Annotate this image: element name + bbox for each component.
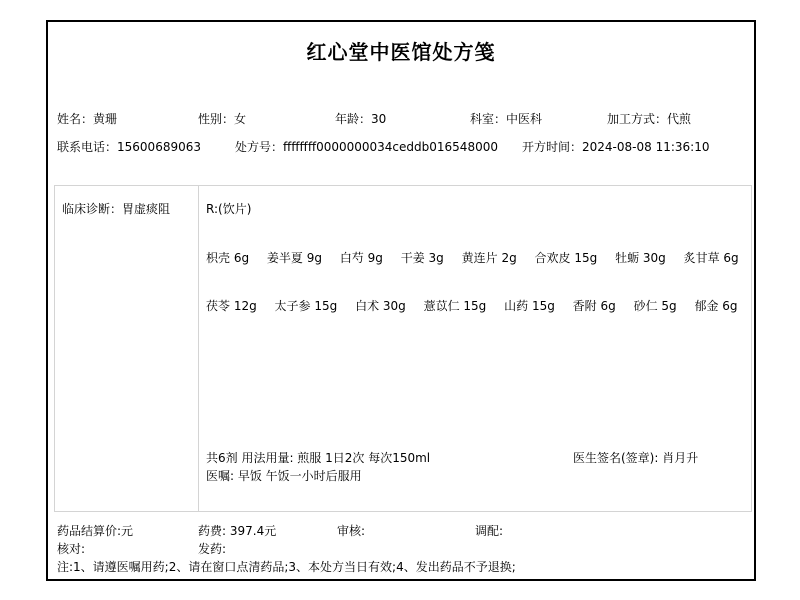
herb-item: 黄连片 2g — [462, 249, 517, 266]
patient-age-field: 年龄：30 — [335, 110, 386, 127]
issue-field: 发药: — [198, 540, 226, 557]
department-label: 科室： — [470, 112, 506, 126]
patient-gender-value: 女 — [234, 112, 246, 126]
dispense-field: 调配: — [475, 522, 503, 539]
herb-item: 牡蛎 30g — [615, 249, 666, 266]
prescription-sheet: 红心堂中医馆处方笺 姓名：黄珊 性别：女 年龄：30 科室：中医科 加工方式：代… — [46, 20, 756, 581]
herb-item: 白芍 9g — [340, 249, 383, 266]
footer-note: 注:1、请遵医嘱用药;2、请在窗口点清药品;3、本处方当日有效;4、发出药品不予… — [57, 558, 516, 575]
patient-name-label: 姓名： — [57, 112, 93, 126]
issue-time-value: 2024-08-08 11:36:10 — [582, 140, 709, 154]
advice-line: 医嘱: 早饭 午饭一小时后服用 — [206, 467, 430, 485]
rx-number-field: 处方号：ffffffff0000000034ceddb016548000 — [235, 138, 498, 155]
herb-item: 干姜 3g — [401, 249, 444, 266]
herb-item: 山药 15g — [504, 297, 555, 314]
settlement-price-value: 元 — [121, 524, 133, 538]
review-field: 审核: — [337, 522, 365, 539]
processing-method-value: 代煎 — [667, 112, 691, 126]
usage-line: 共6剂 用法用量: 煎服 1日2次 每次150ml — [206, 449, 430, 467]
department-value: 中医科 — [506, 112, 542, 126]
herb-item: 白术 30g — [355, 297, 406, 314]
doctor-signature-name: 肖月升 — [662, 451, 698, 465]
medicine-fee-label: 药费: — [198, 524, 230, 538]
footer-row-2: 核对: 发药: — [48, 540, 754, 556]
phone-label: 联系电话： — [57, 140, 117, 154]
usage-block: 共6剂 用法用量: 煎服 1日2次 每次150ml 医嘱: 早饭 午饭一小时后服… — [206, 449, 430, 485]
diagnosis-field: 临床诊断：胃虚痰阻 — [62, 200, 170, 217]
herb-line-2: 茯苓 12g 太子参 15g 白术 30g 薏苡仁 15g 山药 15g 香附 … — [206, 297, 752, 314]
rx-number-label: 处方号： — [235, 140, 283, 154]
patient-info-row-1: 姓名：黄珊 性别：女 年龄：30 科室：中医科 加工方式：代煎 — [48, 110, 754, 126]
doctor-signature-field: 医生签名(签章): 肖月升 — [573, 449, 749, 467]
settlement-price-label: 药品结算价: — [57, 524, 121, 538]
patient-gender-label: 性别： — [198, 112, 234, 126]
herb-item: 太子参 15g — [275, 297, 338, 314]
footer-row-1: 药品结算价:元 药费: 397.4元 审核: 调配: — [48, 522, 754, 538]
patient-gender-field: 性别：女 — [198, 110, 246, 127]
herb-item: 枳壳 6g — [206, 249, 249, 266]
page-title: 红心堂中医馆处方笺 — [48, 36, 754, 65]
herb-item: 砂仁 5g — [634, 297, 677, 314]
medicine-fee-value: 397.4元 — [230, 524, 276, 538]
rx-number-value: ffffffff0000000034ceddb016548000 — [283, 140, 498, 154]
patient-name-field: 姓名：黄珊 — [57, 110, 117, 127]
herb-line-1: 枳壳 6g 姜半夏 9g 白芍 9g 干姜 3g 黄连片 2g 合欢皮 15g … — [206, 249, 753, 266]
herb-item: 合欢皮 15g — [535, 249, 598, 266]
prescription-box: 临床诊断：胃虚痰阻 R:(饮片) 枳壳 6g 姜半夏 9g 白芍 9g 干姜 3… — [54, 185, 752, 512]
prescription-screen: 红心堂中医馆处方笺 姓名：黄珊 性别：女 年龄：30 科室：中医科 加工方式：代… — [0, 0, 800, 600]
herb-item: 香附 6g — [573, 297, 616, 314]
phone-value: 15600689063 — [117, 140, 201, 154]
processing-method-field: 加工方式：代煎 — [607, 110, 691, 127]
herb-item: 郁金 6g — [694, 297, 737, 314]
doctor-signature-label: 医生签名(签章): — [573, 451, 662, 465]
issue-time-label: 开方时间： — [522, 140, 582, 154]
herb-item: 薏苡仁 15g — [424, 297, 487, 314]
patient-age-value: 30 — [371, 112, 386, 126]
herb-item: 姜半夏 9g — [267, 249, 322, 266]
settlement-price-field: 药品结算价:元 — [57, 522, 133, 539]
rx-header: R:(饮片) — [206, 200, 251, 217]
medicine-fee-field: 药费: 397.4元 — [198, 522, 276, 539]
herb-item: 茯苓 12g — [206, 297, 257, 314]
department-field: 科室：中医科 — [470, 110, 542, 127]
diagnosis-value: 胃虚痰阻 — [122, 202, 170, 216]
check-field: 核对: — [57, 540, 85, 557]
phone-field: 联系电话：15600689063 — [57, 138, 201, 155]
diagnosis-divider — [198, 186, 199, 511]
processing-method-label: 加工方式： — [607, 112, 667, 126]
patient-info-row-2: 联系电话：15600689063 处方号：ffffffff0000000034c… — [48, 138, 754, 154]
patient-age-label: 年龄： — [335, 112, 371, 126]
herb-item: 炙甘草 6g — [684, 249, 739, 266]
patient-name-value: 黄珊 — [93, 112, 117, 126]
issue-time-field: 开方时间：2024-08-08 11:36:10 — [522, 138, 709, 155]
diagnosis-label: 临床诊断： — [62, 202, 122, 216]
